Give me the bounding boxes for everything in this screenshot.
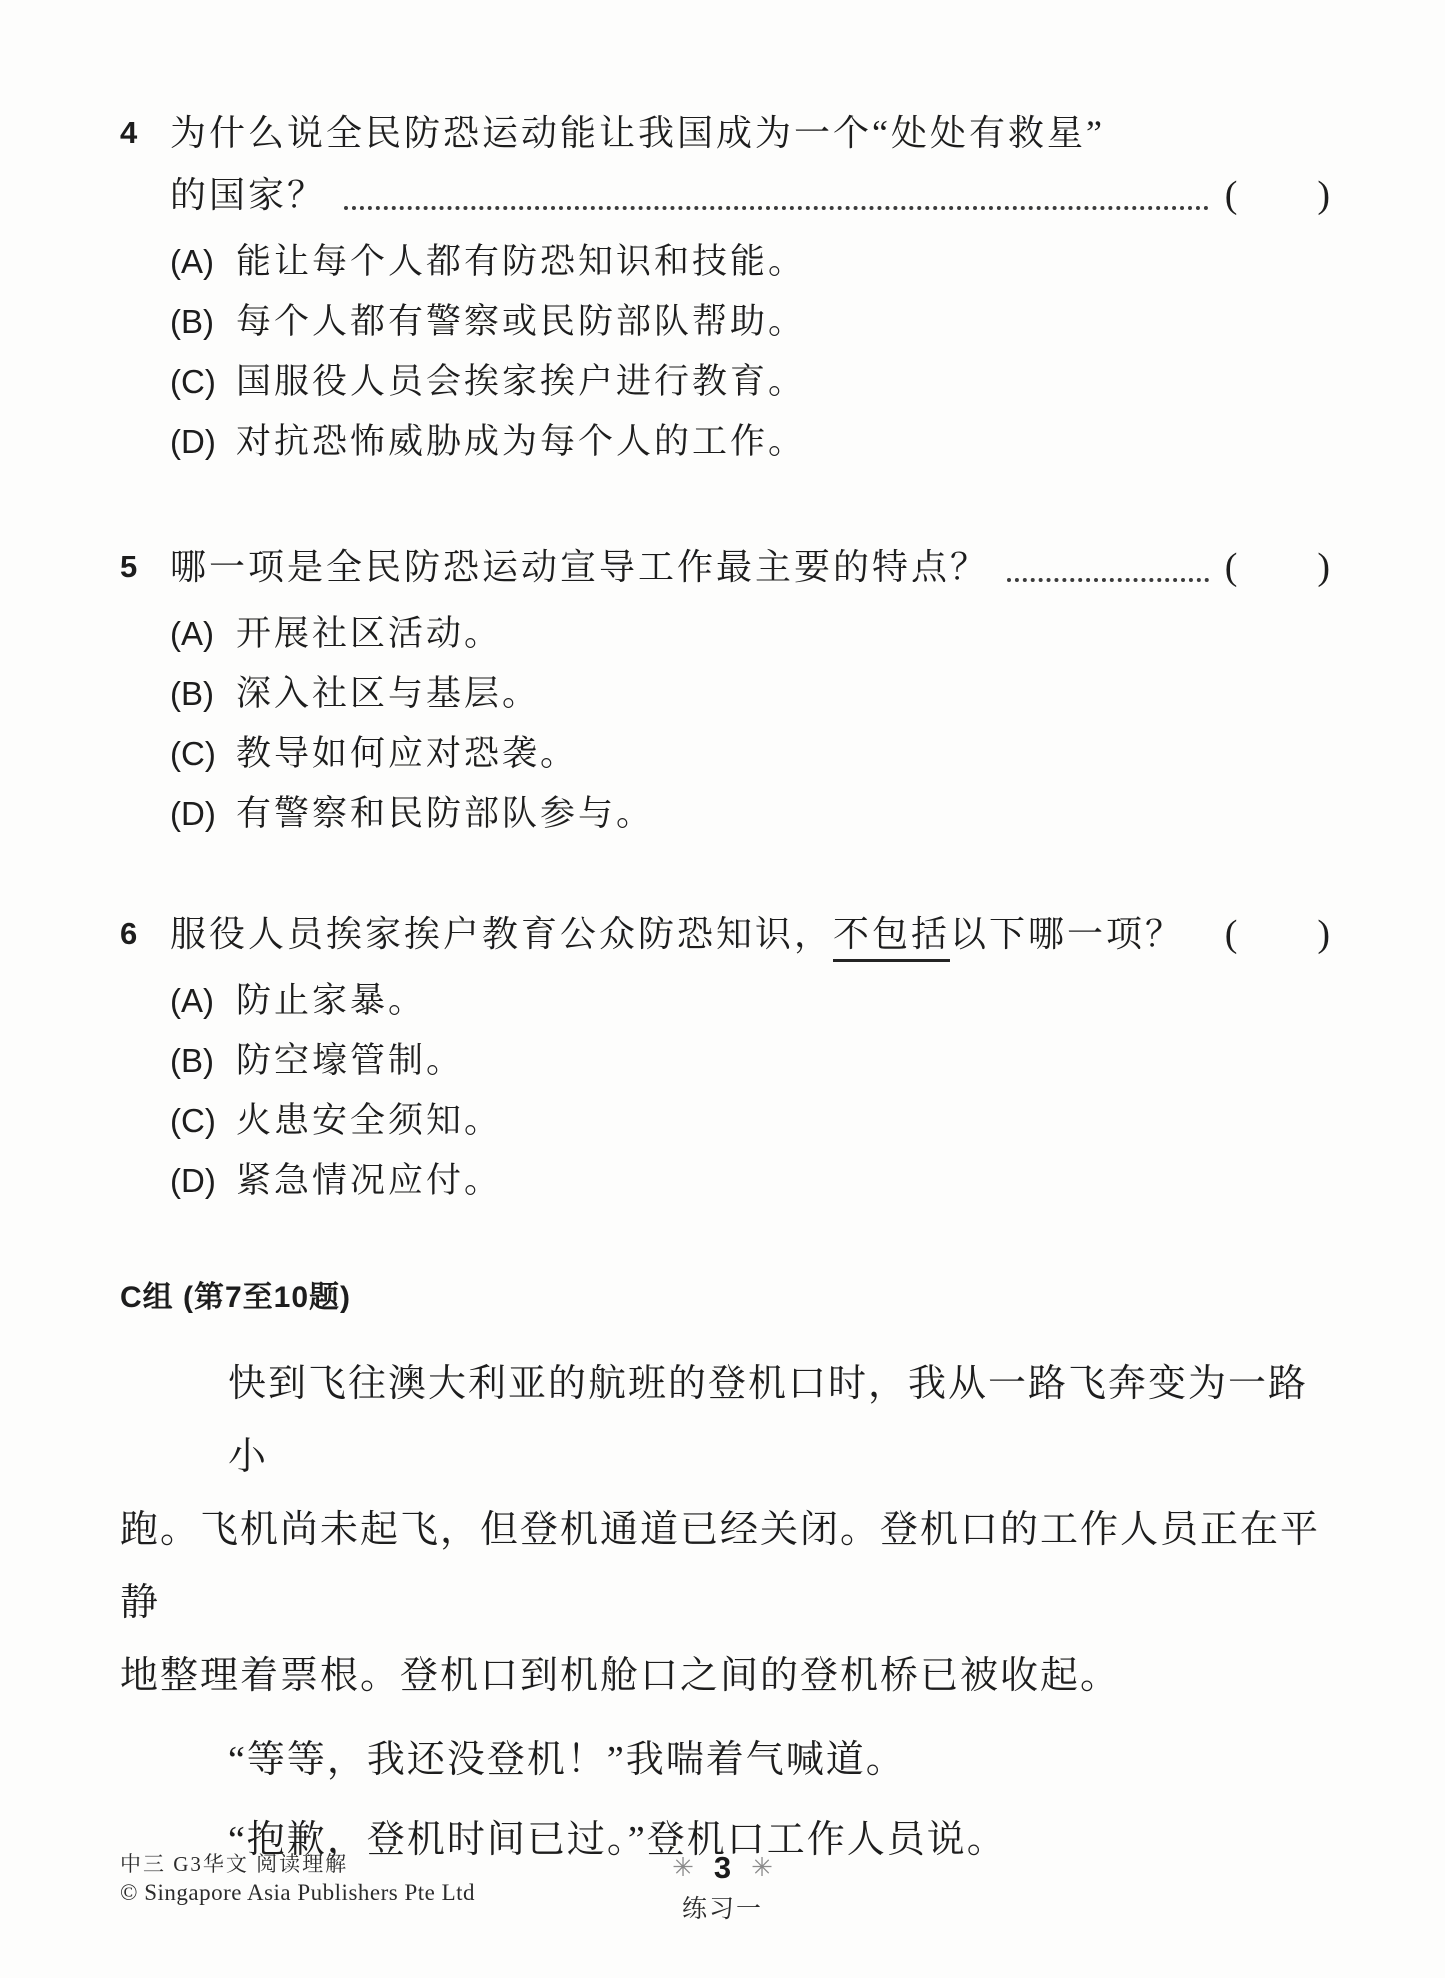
option-label: (D) xyxy=(170,790,236,838)
passage-line: 快到飞往澳大利亚的航班的登机口时，我从一路飞奔变为一路小 xyxy=(120,1348,1330,1494)
workbook-page: 4 为什么说全民防恐运动能让我国成为一个“处处有救星” 的国家？ () (A) … xyxy=(0,0,1445,1978)
question-4-text-line1: 为什么说全民防恐运动能让我国成为一个“处处有救星” xyxy=(170,102,1330,164)
option-label: (B) xyxy=(170,670,236,718)
dotted-leader xyxy=(1007,578,1209,582)
option-text: 防空壕管制。 xyxy=(236,1037,464,1085)
option-text: 火患安全须知。 xyxy=(236,1097,502,1145)
question-5-text: 哪一项是全民防恐运动宣导工作最主要的特点？ xyxy=(170,536,989,598)
question-4-text-line2: 的国家？ xyxy=(170,164,326,226)
option-label: (B) xyxy=(170,1037,236,1085)
question-4-number: 4 xyxy=(120,102,170,466)
answer-blank-q4: () xyxy=(1225,164,1330,226)
option-label: (D) xyxy=(170,1157,236,1205)
passage-line: 跑。飞机尚未起飞，但登机通道已经关闭。登机口的工作人员正在平静 xyxy=(120,1494,1330,1640)
option-text: 防止家暴。 xyxy=(236,977,426,1025)
option-label: (A) xyxy=(170,238,236,286)
star-icon: ✳ xyxy=(672,1853,694,1883)
option-5c: (C) 教导如何应对恐袭。 xyxy=(170,730,1330,778)
option-text: 深入社区与基层。 xyxy=(236,670,540,718)
option-label: (A) xyxy=(170,610,236,658)
option-label: (C) xyxy=(170,730,236,778)
exercise-label: 练习一 xyxy=(672,1889,773,1925)
option-6a: (A) 防止家暴。 xyxy=(170,977,1330,1025)
answer-blank-q6: () xyxy=(1225,903,1330,965)
passage-line: 地整理着票根。登机口到机舱口之间的登机桥已被收起。 xyxy=(120,1640,1330,1713)
option-5d: (D) 有警察和民防部队参与。 xyxy=(170,790,1330,838)
option-label: (D) xyxy=(170,418,236,466)
option-text: 紧急情况应付。 xyxy=(236,1157,502,1205)
option-text: 对抗恐怖威胁成为每个人的工作。 xyxy=(236,418,806,466)
option-label: (C) xyxy=(170,1097,236,1145)
question-5: 5 哪一项是全民防恐运动宣导工作最主要的特点？ () (A) 开展社区活动。 (… xyxy=(120,536,1330,838)
option-6d: (D) 紧急情况应付。 xyxy=(170,1157,1330,1205)
option-text: 教导如何应对恐袭。 xyxy=(236,730,578,778)
option-label: (A) xyxy=(170,977,236,1025)
page-number: 3 xyxy=(714,1852,731,1884)
copyright-notice: © Singapore Asia Publishers Pte Ltd xyxy=(120,1878,475,1908)
answer-blank-q5: () xyxy=(1225,536,1330,598)
question-5-number: 5 xyxy=(120,536,170,838)
option-4c: (C) 国服役人员会挨家挨户进行教育。 xyxy=(170,358,1330,406)
star-icon: ✳ xyxy=(751,1853,773,1883)
dialog-line-1: “等等，我还没登机！”我喘着气喊道。 xyxy=(120,1724,1330,1797)
option-text: 开展社区活动。 xyxy=(236,610,502,658)
option-4b: (B) 每个人都有警察或民防部队帮助。 xyxy=(170,298,1330,346)
option-6c: (C) 火患安全须知。 xyxy=(170,1097,1330,1145)
question-6-text: 服役人员挨家挨户教育公众防恐知识，不包括以下哪一项？ xyxy=(170,903,1184,965)
reading-passage: 快到飞往澳大利亚的航班的登机口时，我从一路飞奔变为一路小 跑。飞机尚未起飞，但登… xyxy=(120,1348,1330,1877)
option-text: 国服役人员会挨家挨户进行教育。 xyxy=(236,358,806,406)
option-label: (C) xyxy=(170,358,236,406)
option-text: 每个人都有警察或民防部队帮助。 xyxy=(236,298,806,346)
option-text: 有警察和民防部队参与。 xyxy=(236,790,654,838)
option-text: 能让每个人都有防恐知识和技能。 xyxy=(236,238,806,286)
underlined-phrase: 不包括 xyxy=(833,914,950,962)
dotted-leader xyxy=(344,206,1209,210)
section-c-heading: C组 (第7至10题) xyxy=(120,1276,1330,1320)
book-series-title: 中三 G3华文 阅读理解 xyxy=(120,1850,475,1878)
question-4: 4 为什么说全民防恐运动能让我国成为一个“处处有救星” 的国家？ () (A) … xyxy=(120,102,1330,466)
question-6-number: 6 xyxy=(120,903,170,1205)
option-5a: (A) 开展社区活动。 xyxy=(170,610,1330,658)
option-label: (B) xyxy=(170,298,236,346)
option-4a: (A) 能让每个人都有防恐知识和技能。 xyxy=(170,238,1330,286)
option-4d: (D) 对抗恐怖威胁成为每个人的工作。 xyxy=(170,418,1330,466)
option-5b: (B) 深入社区与基层。 xyxy=(170,670,1330,718)
option-6b: (B) 防空壕管制。 xyxy=(170,1037,1330,1085)
question-6: 6 服役人员挨家挨户教育公众防恐知识，不包括以下哪一项？ () (A) 防止家暴… xyxy=(120,903,1330,1205)
